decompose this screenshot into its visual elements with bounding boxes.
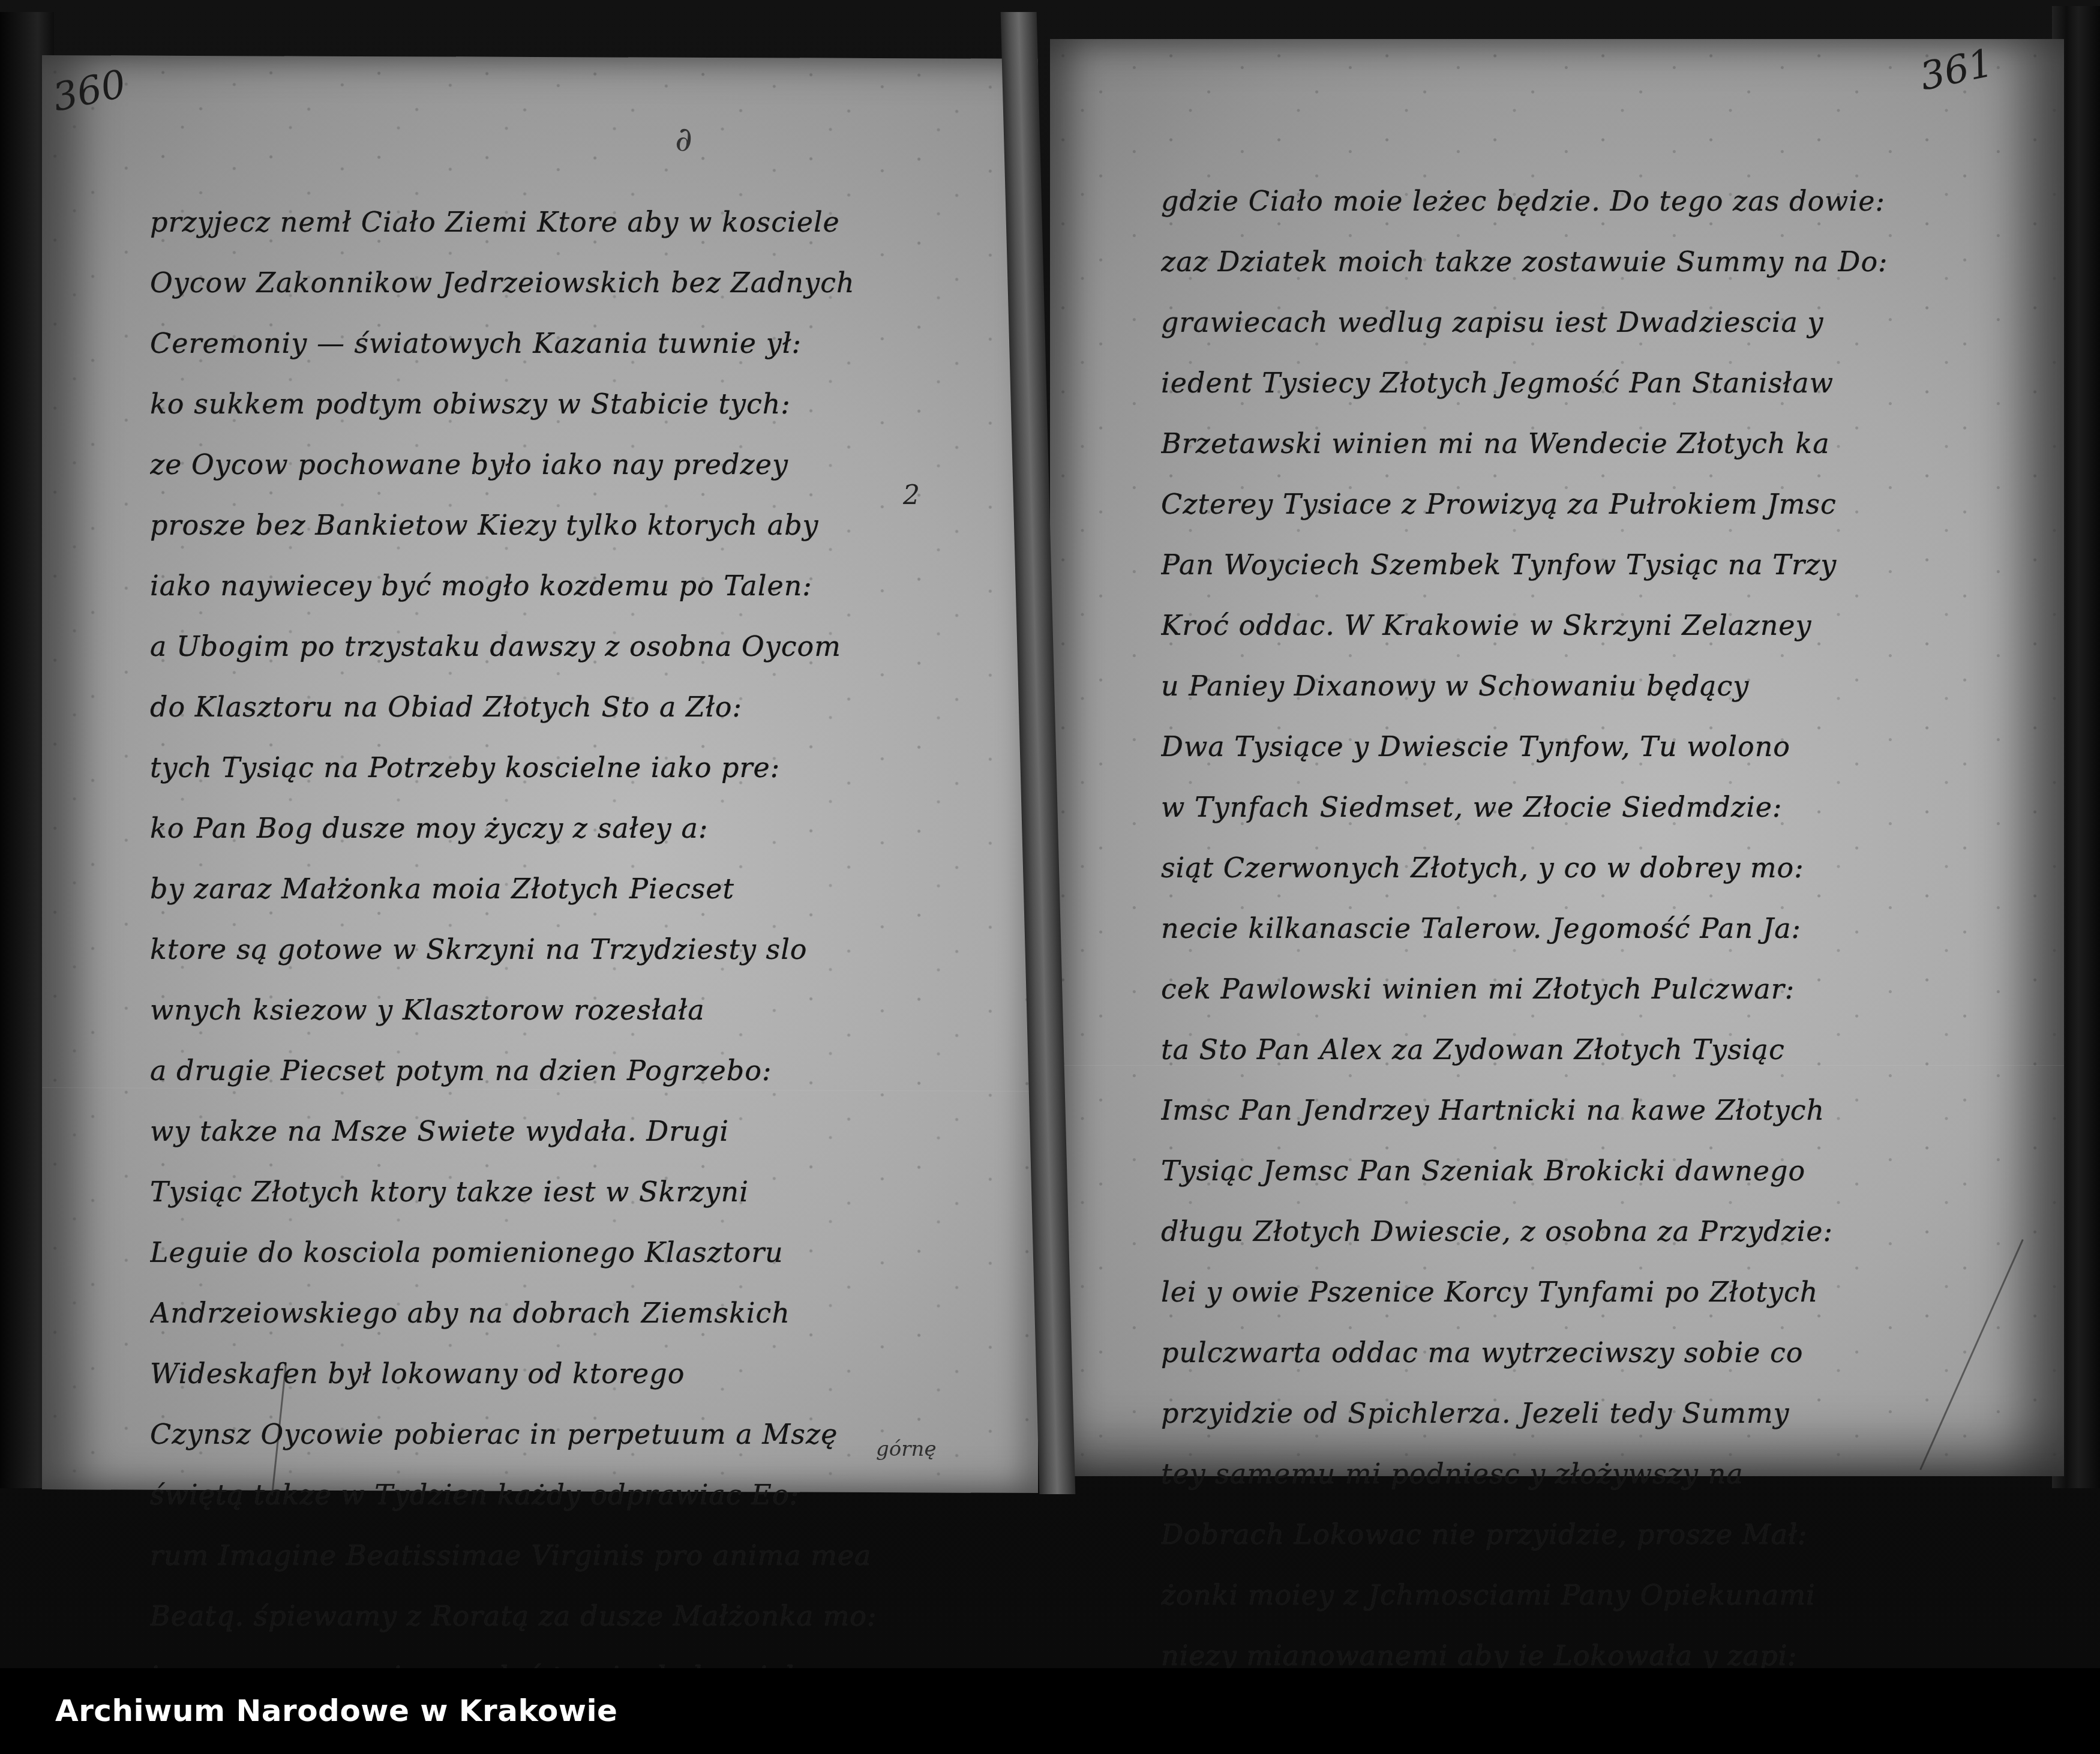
text-line: w Tynfach Siedmset, we Złocie Siedmdzie: xyxy=(1161,777,1905,838)
text-line: u Paniey Dixanowy w Schowaniu będący xyxy=(1161,656,1905,716)
text-line: Dwa Tysiące y Dwiescie Tynfow, Tu wolono xyxy=(1161,716,1905,777)
text-line: a drugie Piecset potym na dzien Pogrzebo… xyxy=(150,1041,894,1101)
text-line: zaz Dziatek moich takze zostawuie Summy … xyxy=(1161,232,1905,292)
text-line: Wideskafen był lokowany od ktorego xyxy=(150,1344,894,1404)
text-line: siąt Czerwonych Złotych, y co w dobrey m… xyxy=(1161,838,1905,898)
left-page-text: przyjecz nemł Ciało Ziemi Ktore aby w ko… xyxy=(150,192,894,1707)
text-line: rum Imagine Beatissimae Virginis pro ani… xyxy=(150,1525,894,1586)
text-line: wy takze na Msze Swiete wydała. Drugi xyxy=(150,1101,894,1162)
text-line: długu Złotych Dwiescie, z osobna za Przy… xyxy=(1161,1201,1905,1262)
text-line: ko sukkem podtym obiwszy w Stabicie tych… xyxy=(150,374,894,434)
text-line: przyjecz nemł Ciało Ziemi Ktore aby w ko… xyxy=(150,192,894,253)
text-line: necie kilkanascie Talerow. Jegomość Pan … xyxy=(1161,898,1905,959)
text-line: Andrzeiowskiego aby na dobrach Ziemskich xyxy=(150,1283,894,1344)
text-line: Czterey Tysiace z Prowizyą za Pułrokiem … xyxy=(1161,474,1905,535)
margin-mark-top: ∂ xyxy=(675,120,692,159)
text-line: a Ubogim po trzystaku dawszy z osobna Oy… xyxy=(150,616,894,677)
text-line: grawiecach wedlug zapisu iest Dwadziesci… xyxy=(1161,292,1905,353)
text-line: Oycow Zakonnikow Jedrzeiowskich bez Zadn… xyxy=(150,253,894,313)
text-line: Tysiąc Jemsc Pan Szeniak Brokicki dawneg… xyxy=(1161,1141,1905,1201)
text-line: Kroć oddac. W Krakowie w Skrzyni Zelazne… xyxy=(1161,595,1905,656)
text-line: wnych ksiezow y Klasztorow rozesłała xyxy=(150,980,894,1041)
text-line: Pan Woyciech Szembek Tynfow Tysiąc na Tr… xyxy=(1161,535,1905,595)
text-line: tey samemu mi podniesc y złożywszy na xyxy=(1161,1444,1905,1504)
text-line: ko Pan Bog dusze moy życzy z sałey a: xyxy=(150,798,894,859)
text-line: Dobrach Lokowac nie przyidzie, prosze Ma… xyxy=(1161,1504,1905,1565)
text-line: świętą takze w Tydzien każdy odprawiac E… xyxy=(150,1465,894,1525)
text-line: iako naywiecey być mogło kozdemu po Tale… xyxy=(150,556,894,616)
text-line: ze Oycow pochowane było iako nay predzey xyxy=(150,434,894,495)
text-line: Imsc Pan Jendrzey Hartnicki na kawe Złot… xyxy=(1161,1080,1905,1141)
archive-name: Archiwum Narodowe w Krakowie xyxy=(55,1693,618,1728)
text-line: ta Sto Pan Alex za Zydowan Złotych Tysią… xyxy=(1161,1020,1905,1080)
right-page-text: gdzie Ciało moie leżec będzie. Do tego z… xyxy=(1161,171,1905,1747)
text-line: iedent Tysiecy Złotych Jegmość Pan Stani… xyxy=(1161,353,1905,413)
text-line: Ceremoniy — światowych Kazania tuwnie ył… xyxy=(150,313,894,374)
scan-background: 360 361 ∂ 2 górnę przyjecz nemł Ciało Zi… xyxy=(0,0,2100,1668)
margin-note-right: 2 xyxy=(903,480,920,511)
archive-footer: Archiwum Narodowe w Krakowie xyxy=(0,1668,2100,1754)
text-line: cek Pawlowski winien mi Złotych Pulczwar… xyxy=(1161,959,1905,1020)
text-line: Tysiąc Złotych ktory takze iest w Skrzyn… xyxy=(150,1162,894,1222)
text-line: by zaraz Małżonka moia Złotych Piecset xyxy=(150,859,894,919)
text-line: pulczwarta oddac ma wytrzeciwszy sobie c… xyxy=(1161,1323,1905,1383)
text-line: Brzetawski winien mi na Wendecie Złotych… xyxy=(1161,413,1905,474)
text-line: prosze bez Bankietow Kiezy tylko ktorych… xyxy=(150,495,894,556)
pencil-stroke xyxy=(1919,1239,2024,1470)
text-line: przyidzie od Spichlerza. Jezeli tedy Sum… xyxy=(1161,1383,1905,1444)
text-line: ktore są gotowe w Skrzyni na Trzydziesty… xyxy=(150,919,894,980)
text-line: Beatq. śpiewamy z Roratą za dusze Małżon… xyxy=(150,1586,894,1647)
text-line: Czynsz Oycowie pobierac in perpetuum a M… xyxy=(150,1404,894,1465)
text-line: żonki moiey z Jchmosciami Pany Opiekunam… xyxy=(1161,1565,1905,1626)
text-line: lei y owie Pszenice Korcy Tynfami po Zło… xyxy=(1161,1262,1905,1323)
text-line: Leguie do kosciola pomienionego Klasztor… xyxy=(150,1222,894,1283)
text-line: do Klasztoru na Obiad Złotych Sto a Zło: xyxy=(150,677,894,737)
text-line: tych Tysiąc na Potrzeby koscielne iako p… xyxy=(150,737,894,798)
text-line: gdzie Ciało moie leżec będzie. Do tego z… xyxy=(1161,171,1905,232)
